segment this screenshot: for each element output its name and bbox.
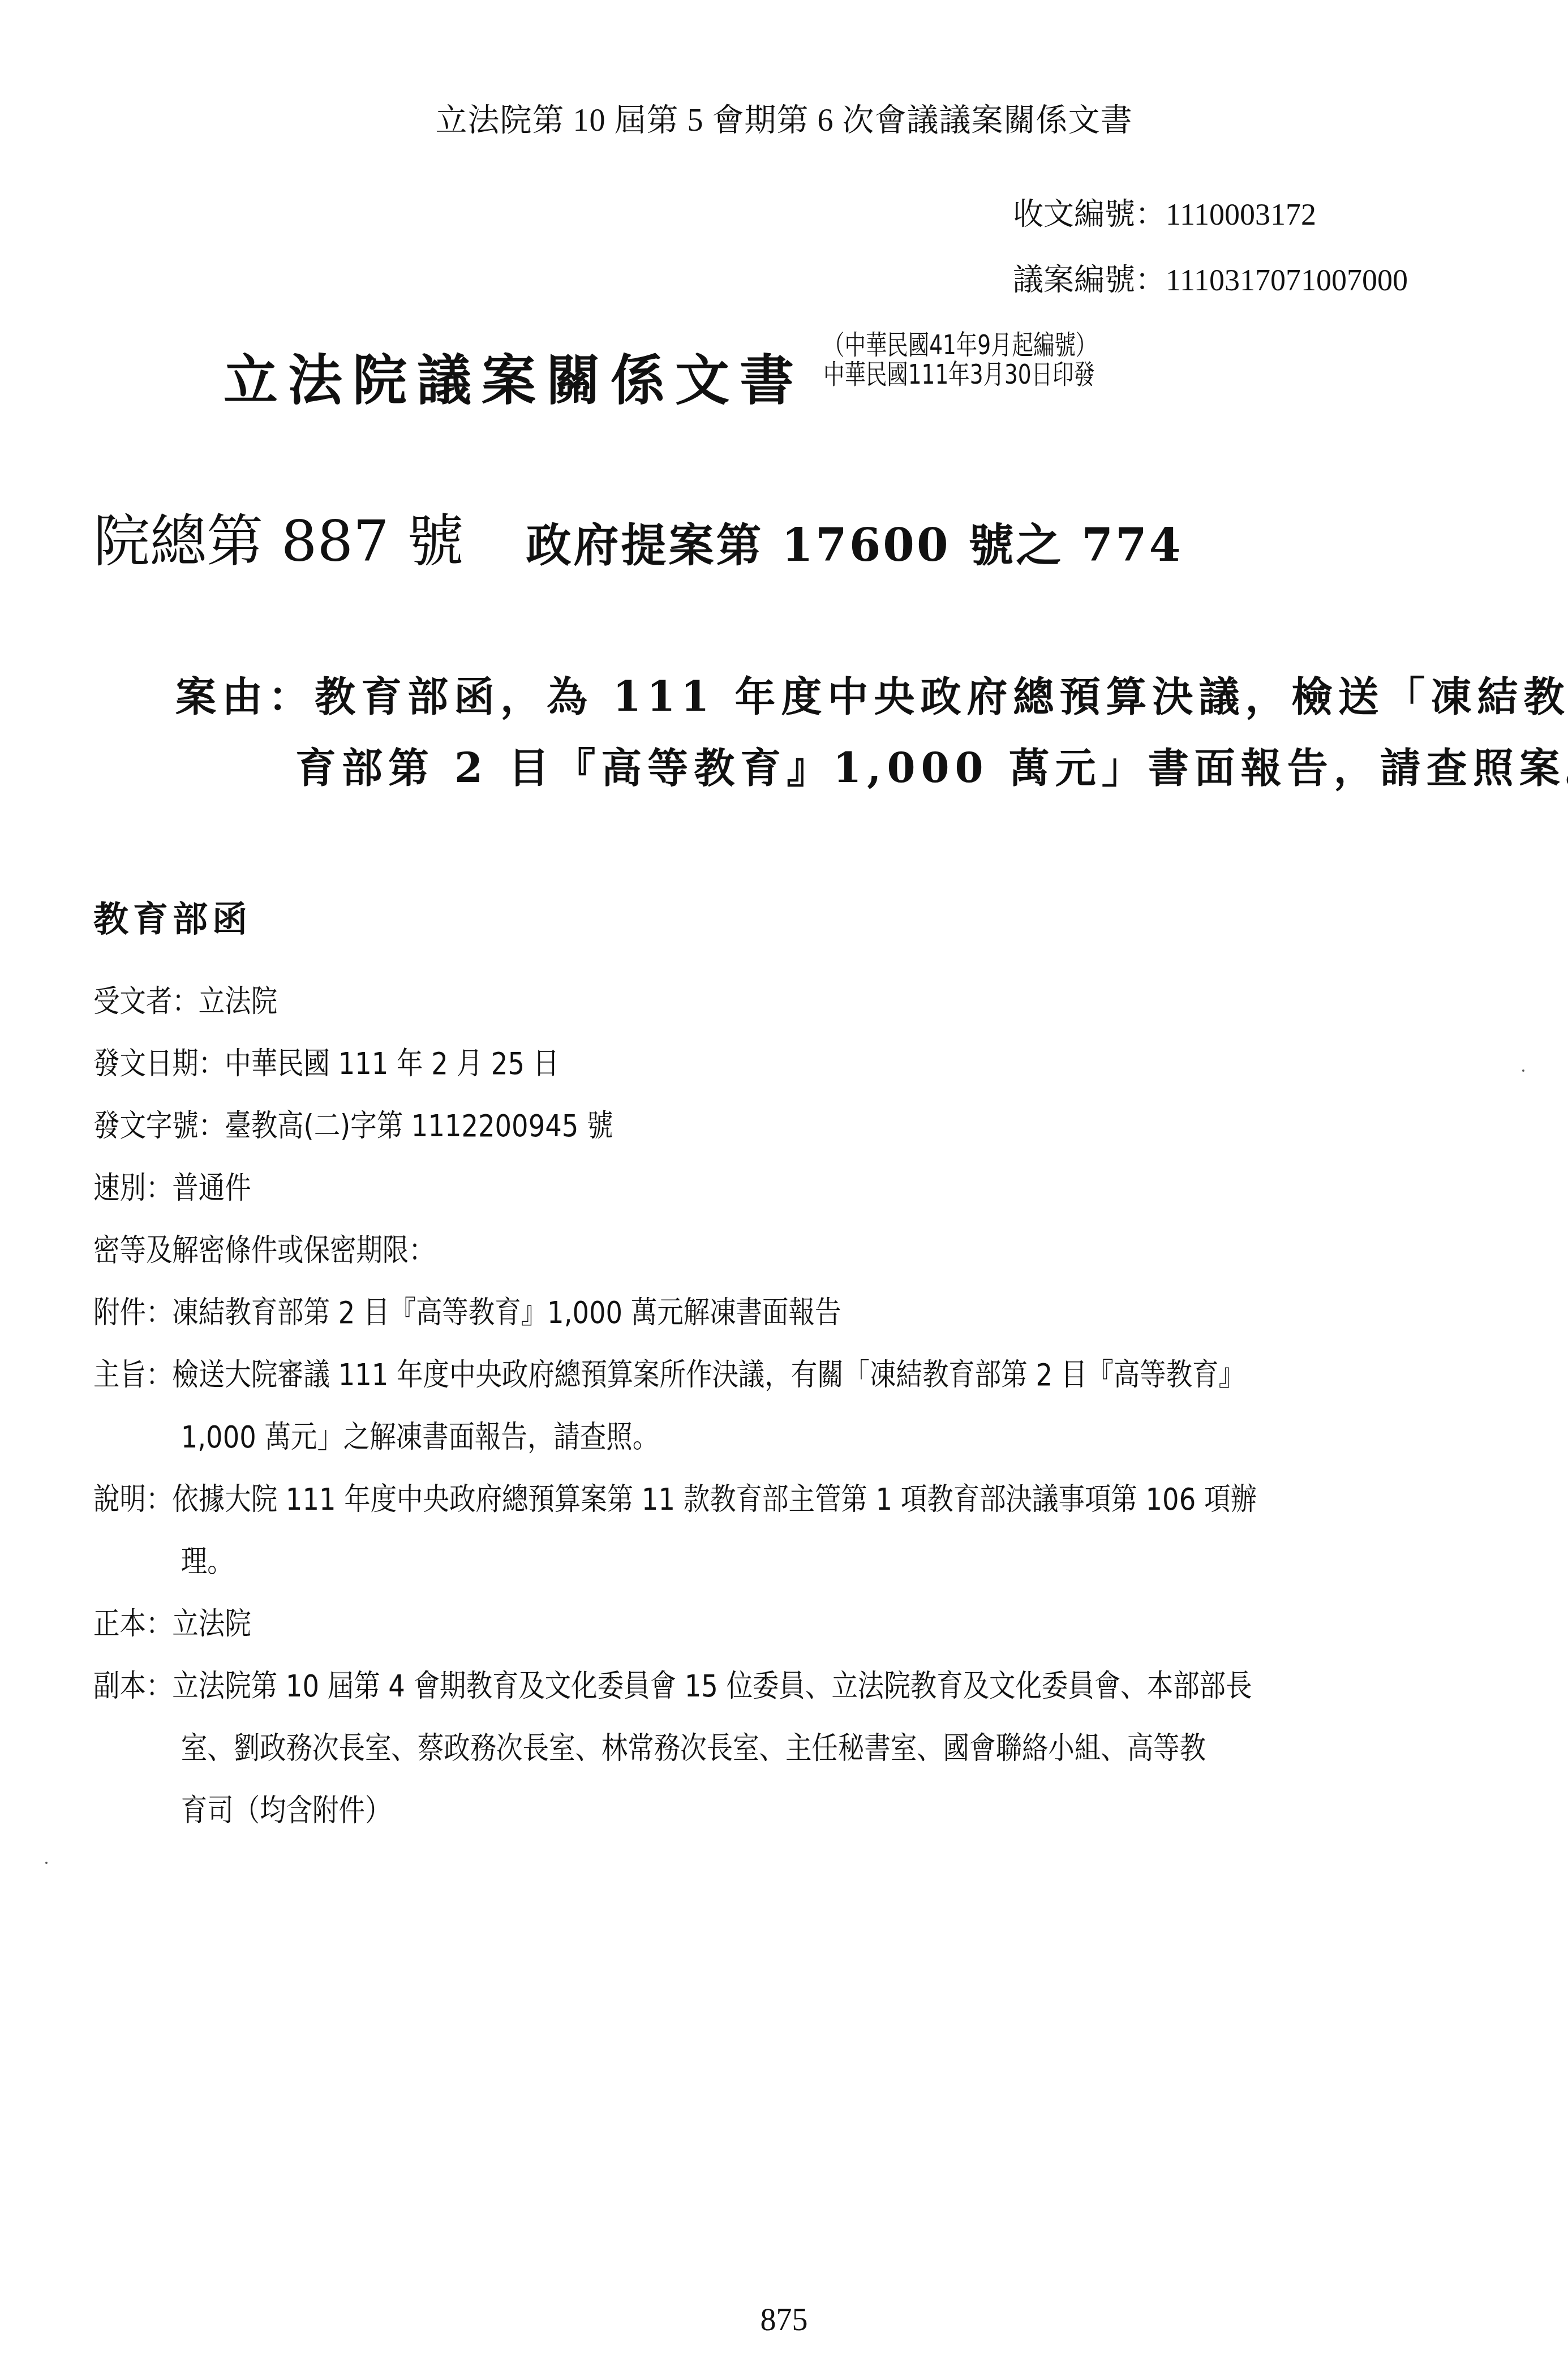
running-header: 立法院第 10 屆第 5 會期第 6 次會議議案關係文書: [0, 95, 1568, 140]
letter-title: 教育部函: [93, 891, 252, 942]
numbering-since: （中華民國41年9月起編號）: [823, 330, 1097, 360]
receipt-number-value: 1110003172: [1166, 197, 1316, 231]
field-attachment: 附件：凍結教育部第 2 目『高等教育』1,000 萬元解凍書面報告: [93, 1282, 841, 1344]
bill-number-value: 1110317071007000: [1166, 263, 1408, 297]
document-title-subinfo: （中華民國41年9月起編號） 中華民國111年3月30日印發: [823, 330, 1097, 389]
receipt-number-label: 收文編號：: [1013, 197, 1166, 231]
print-date: 中華民國111年3月30日印發: [823, 360, 1097, 389]
subject-line-2: 育部第 2 目『高等教育』1,000 萬元」書面報告，請查照案。: [175, 732, 1568, 804]
field-original-copy: 正本：立法院: [93, 1593, 251, 1655]
page-number: 875: [0, 2302, 1568, 2338]
subject: 案由：教育部函，為 111 年度中央政府總預算決議，檢送「凍結教 育部第 2 目…: [175, 661, 1568, 804]
government-proposal-number: 政府提案第 17600 號之 774: [526, 518, 1183, 572]
bill-number-label: 議案編號：: [1013, 263, 1166, 297]
general-number: 院總第 887 號: [93, 508, 463, 574]
receipt-number: 收文編號：1110003172: [1013, 190, 1316, 234]
field-issue-number: 發文字號：臺教高(二)字第 1112200945 號: [93, 1095, 613, 1157]
field-cc-line-3: 育司（均含附件）: [93, 1780, 1252, 1842]
scan-speck: [45, 1862, 48, 1864]
subject-line-1: 案由：教育部函，為 111 年度中央政府總預算決議，檢送「凍結教: [175, 661, 1568, 732]
field-issue-date: 發文日期：中華民國 111 年 2 月 25 日: [93, 1033, 559, 1095]
scan-speck: [1522, 1069, 1524, 1072]
document-title: 立法院議案關係文書: [224, 337, 804, 415]
field-cc-line-1: 副本：立法院第 10 屆第 4 會期教育及文化委員會 15 位委員、立法院教育及…: [93, 1655, 1252, 1717]
field-explanation-line-2: 理。: [93, 1531, 1257, 1593]
field-recipient: 受文者：立法院: [93, 970, 277, 1033]
field-explanation-line-1: 說明：依據大院 111 年度中央政府總預算案第 11 款教育部主管第 1 項教育…: [93, 1468, 1257, 1531]
field-gist-line-2: 1,000 萬元」之解凍書面報告，請查照。: [93, 1406, 1245, 1468]
field-priority: 速別：普通件: [93, 1157, 251, 1219]
document-number: 院總第 887 號政府提案第 17600 號之 774: [93, 496, 1183, 577]
bill-number: 議案編號：1110317071007000: [1013, 256, 1408, 299]
field-cc-line-2: 室、劉政務次長室、蔡政務次長室、林常務次長室、主任秘書室、國會聯絡小組、高等教: [93, 1717, 1252, 1780]
field-carbon-copy: 副本：立法院第 10 屆第 4 會期教育及文化委員會 15 位委員、立法院教育及…: [93, 1655, 1252, 1842]
field-gist-line-1: 主旨：檢送大院審議 111 年度中央政府總預算案所作決議，有關「凍結教育部第 2…: [93, 1344, 1245, 1406]
scan-speck: [1494, 775, 1496, 777]
field-explanation: 說明：依據大院 111 年度中央政府總預算案第 11 款教育部主管第 1 項教育…: [93, 1468, 1257, 1593]
field-gist: 主旨：檢送大院審議 111 年度中央政府總預算案所作決議，有關「凍結教育部第 2…: [93, 1344, 1245, 1468]
field-confidentiality: 密等及解密條件或保密期限：: [93, 1219, 435, 1282]
